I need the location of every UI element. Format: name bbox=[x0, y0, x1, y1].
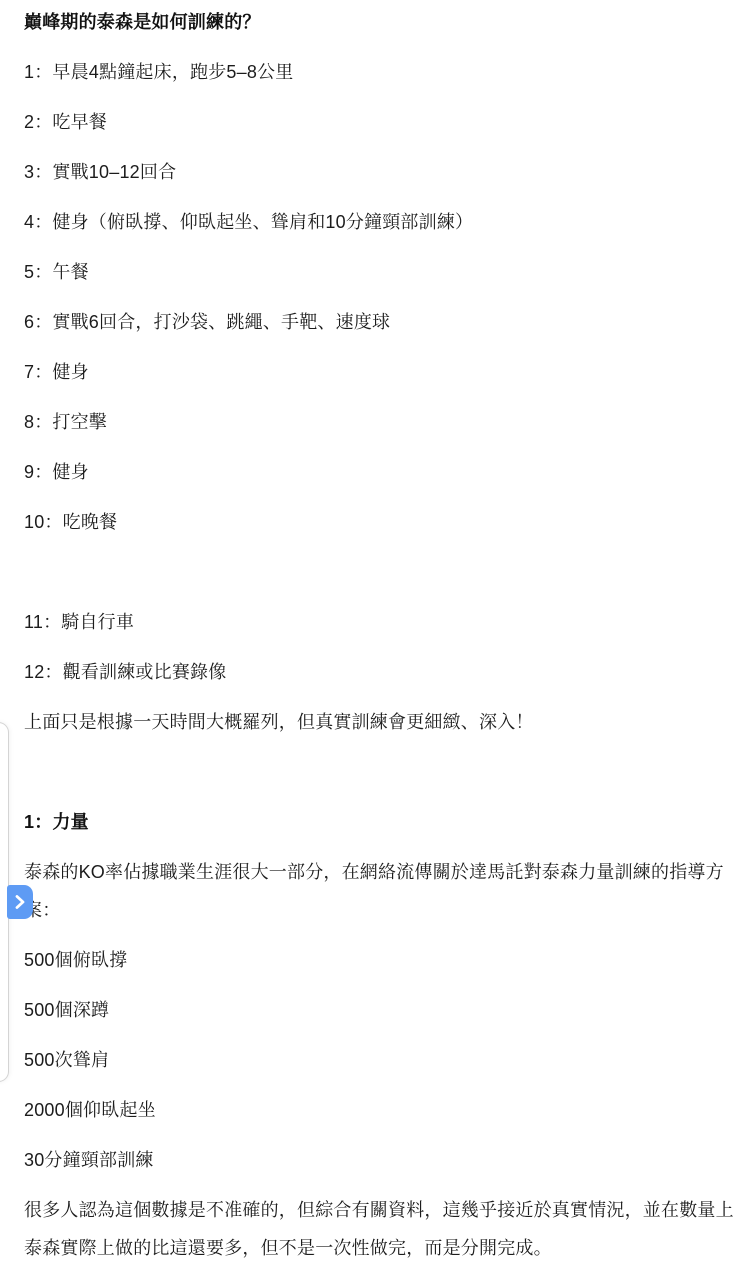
strength-item: 500個俯臥撐 bbox=[24, 941, 735, 979]
strength-item: 500個深蹲 bbox=[24, 991, 735, 1029]
note-paragraph: 上面只是根據一天時間大概羅列，但真實訓練會更細緻、深入！ bbox=[24, 703, 735, 741]
closing-paragraph: 很多人認為這個數據是不准確的，但綜合有關資料，這幾乎接近於真實情況，並在數量上泰… bbox=[24, 1191, 735, 1267]
drawer-expand-button[interactable] bbox=[7, 885, 33, 919]
article-page: 巔峰期的泰森是如何訓練的？ 1：早晨4點鐘起床，跑步5–8公里 2：吃早餐 3：… bbox=[0, 0, 739, 1280]
strength-item: 30分鐘頸部訓練 bbox=[24, 1141, 735, 1179]
schedule-item: 1：早晨4點鐘起床，跑步5–8公里 bbox=[24, 53, 735, 91]
schedule-item: 7：健身 bbox=[24, 353, 735, 391]
schedule-item: 2：吃早餐 bbox=[24, 103, 735, 141]
schedule-item: 3：實戰10–12回合 bbox=[24, 153, 735, 191]
section-intro: 泰森的KO率佔據職業生涯很大一部分，在網絡流傳關於達馬託對泰森力量訓練的指導方案… bbox=[24, 853, 735, 929]
strength-item: 500次聳肩 bbox=[24, 1041, 735, 1079]
schedule-item: 10：吃晚餐 bbox=[24, 503, 735, 541]
chevron-right-icon bbox=[14, 894, 26, 910]
paragraph-gap bbox=[24, 753, 735, 791]
schedule-item: 4：健身（俯臥撐、仰臥起坐、聳肩和10分鐘頸部訓練） bbox=[24, 203, 735, 241]
section-heading: 1：力量 bbox=[24, 803, 735, 841]
schedule-item: 11：騎自行車 bbox=[24, 603, 735, 641]
schedule-item: 9：健身 bbox=[24, 453, 735, 491]
strength-item: 2000個仰臥起坐 bbox=[24, 1091, 735, 1129]
paragraph-gap bbox=[24, 553, 735, 591]
schedule-item: 8：打空擊 bbox=[24, 403, 735, 441]
article-body: 巔峰期的泰森是如何訓練的？ 1：早晨4點鐘起床，跑步5–8公里 2：吃早餐 3：… bbox=[0, 0, 739, 1267]
schedule-item: 12：觀看訓練或比賽錄像 bbox=[24, 653, 735, 691]
schedule-item: 5：午餐 bbox=[24, 253, 735, 291]
schedule-item: 6：實戰6回合，打沙袋、跳繩、手靶、速度球 bbox=[24, 303, 735, 341]
article-title: 巔峰期的泰森是如何訓練的？ bbox=[24, 3, 735, 41]
